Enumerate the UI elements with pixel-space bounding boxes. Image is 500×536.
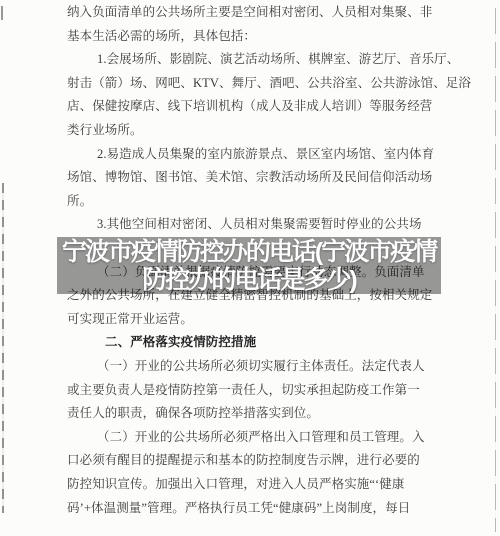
title-overlay-banner: 宁波市疫情防控办的电话(宁波市疫情 防控办的电话是多少): [57, 237, 441, 294]
scan-artifact-right-line: [495, 8, 496, 532]
document-line: 射击（箭）场、网吧、KTV、舞厅、酒吧、公共浴室、公共游泳馆、足浴: [67, 76, 435, 94]
document-line: 3.其他空间相对密闭、人员相对集聚需要暂时停业的公共场: [67, 217, 465, 235]
scan-artifact-left-line: [2, 183, 4, 513]
document-line: 所。: [67, 194, 435, 212]
document-line: 责任人的职责，确保各项防控举措落实到位。: [67, 406, 435, 424]
document-heading: 二、严格落实疫情防控措施: [67, 335, 473, 353]
document-line: （二）开业的公共场所必须严格出入口管理和员工管理。入: [67, 430, 465, 448]
document-line: 可实现正常开业运营。: [67, 312, 435, 330]
scan-artifact-left-speck: [1, 6, 3, 20]
document-line: 基本生活必需的场所，具体包括：: [67, 29, 435, 47]
document-line: 纳入负面清单的公共场所主要是空间相对密闭、人员相对集聚、非: [67, 5, 435, 23]
document-line: 防控知识宣传。加强出入口管理，对进入人员严格实施“‘健康: [67, 477, 435, 495]
overlay-title-line1: 宁波市疫情防控办的电话(宁波市疫情: [62, 238, 436, 266]
scanned-document-page: 纳入负面清单的公共场所主要是空间相对密闭、人员相对集聚、非基本生活必需的场所，具…: [0, 0, 500, 536]
document-line: 2.易造成人员集聚的室内旅游景点、景区室内场馆、室内体育: [67, 147, 465, 165]
document-line: 或主要负责人是疫情防控第一责任人，切实承担起防疫工作第一: [67, 383, 435, 401]
document-line: 场馆、博物馆、图书馆、美术馆、宗教活动场所及民间信仰活动场: [67, 170, 435, 188]
document-line: 码’+体温测量”管理。严格执行员工凭“健康码”上岗制度，每日: [67, 501, 435, 519]
document-line: 店、保健按摩店、线下培训机构（成人及非成人培训）等服务经营: [67, 99, 435, 117]
document-line: 1.会展场所、影剧院、演艺活动场所、棋牌室、游艺厅、音乐厅、: [67, 52, 465, 70]
document-line: 口必须有醒目的提醒提示和基本的防控制度告示牌，进行必要的: [67, 453, 435, 471]
document-line: （一）开业的公共场所必须切实履行主体责任。法定代表人: [67, 359, 465, 377]
overlay-title-line2: 防控办的电话是多少): [142, 266, 355, 294]
document-line: 类行业场所。: [67, 123, 435, 141]
